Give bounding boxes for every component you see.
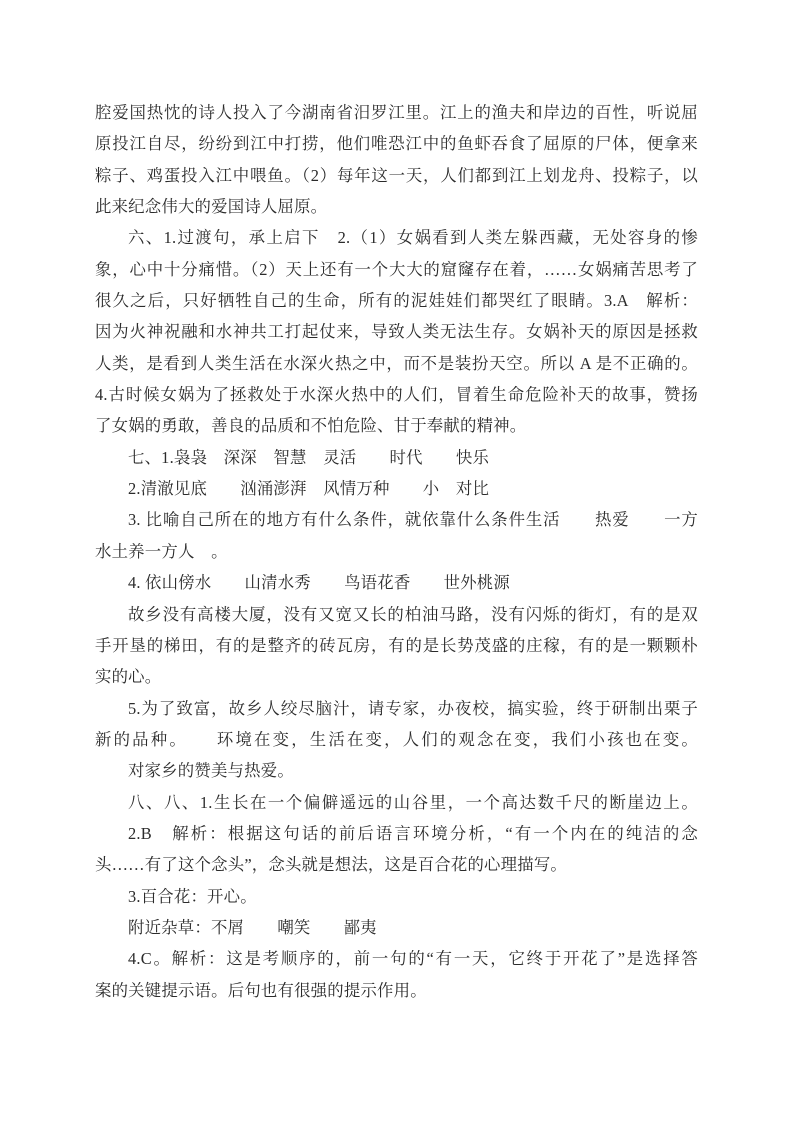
text-line: 实的心。 [95, 661, 698, 692]
document-page: 腔爱国热忱的诗人投入了今湖南省汨罗江里。江上的渔夫和岸边的百性，听说屈原投江自尽… [0, 0, 793, 1122]
text-line: 2.B 解析：根据这句话的前后语言环境分析，“有一个内在的纯洁的念 [95, 818, 698, 849]
text-line: 5.为了致富，故乡人绞尽脑汁，请专家，办夜校，搞实验，终于研制出栗子 [95, 693, 698, 724]
text-line: 3. 比喻自己所在的地方有什么条件，就依靠什么条件生活 热爱 一方 [95, 504, 698, 535]
text-line: 4.C。解析：这是考顺序的，前一句的“有一天，它终于开花了”是选择答 [95, 943, 698, 974]
text-line: 人类，是看到人类生活在水深火热之中，而不是装扮天空。所以 A 是不正确的。 [95, 348, 698, 379]
text-line: 对家乡的赞美与热爱。 [95, 755, 698, 786]
text-line: 粽子、鸡蛋投入江中喂鱼。（2）每年这一天，人们都到江上划龙舟、投粽子，以 [95, 160, 698, 191]
text-line: 手开垦的梯田，有的是整齐的砖瓦房，有的是长势茂盛的庄稼，有的是一颗颗朴 [95, 630, 698, 661]
text-line: 很久之后，只好牺牲自己的生命，所有的泥娃娃们都哭红了眼睛。3.A 解析： [95, 285, 698, 316]
text-line: 案的关键提示语。后句也有很强的提示作用。 [95, 975, 698, 1006]
text-line: 因为火神祝融和水神共工打起仗来，导致人类无法生存。女娲补天的原因是拯救 [95, 316, 698, 347]
text-line: 六、1.过渡句，承上启下 2.（1）女娲看到人类左躲西藏，无处容身的惨 [95, 222, 698, 253]
text-line: 此来纪念伟大的爱国诗人屈原。 [95, 191, 698, 222]
text-line: 2.清澈见底 汹涌澎湃 风情万种 小 对比 [95, 473, 698, 504]
text-line: 3.百合花：开心。 [95, 881, 698, 912]
text-line: 了女娲的勇敢，善良的品质和不怕危险、甘于奉献的精神。 [95, 410, 698, 441]
text-line: 七、1.袅袅 深深 智慧 灵活 时代 快乐 [95, 442, 698, 473]
text-line: 故乡没有高楼大厦，没有又宽又长的柏油马路，没有闪烁的街灯，有的是双 [95, 599, 698, 630]
text-line: 头……有了这个念头”，念头就是想法，这是百合花的心理描写。 [95, 849, 698, 880]
text-line: 附近杂草：不屑 嘲笑 鄙夷 [95, 912, 698, 943]
text-line: 新的品种。 环境在变，生活在变，人们的观念在变，我们小孩也在变。 [95, 724, 698, 755]
text-line: 原投江自尽，纷纷到江中打捞，他们唯恐江中的鱼虾吞食了屈原的尸体，便拿来 [95, 128, 698, 159]
text-line: 八、八、1.生长在一个偏僻遥远的山谷里，一个高达数千尺的断崖边上。 [95, 787, 698, 818]
text-line: 水土养一方人 。 [95, 536, 698, 567]
text-line: 腔爱国热忱的诗人投入了今湖南省汨罗江里。江上的渔夫和岸边的百性，听说屈 [95, 97, 698, 128]
text-line: 4. 依山傍水 山清水秀 鸟语花香 世外桃源 [95, 567, 698, 598]
text-line: 4.古时候女娲为了拯救处于水深火热中的人们，冒着生命危险补天的故事，赞扬 [95, 379, 698, 410]
text-line: 象，心中十分痛惜。（2）天上还有一个大大的窟窿存在着，……女娲痛苦思考了 [95, 254, 698, 285]
answer-text-block: 腔爱国热忱的诗人投入了今湖南省汨罗江里。江上的渔夫和岸边的百性，听说屈原投江自尽… [95, 97, 698, 1006]
